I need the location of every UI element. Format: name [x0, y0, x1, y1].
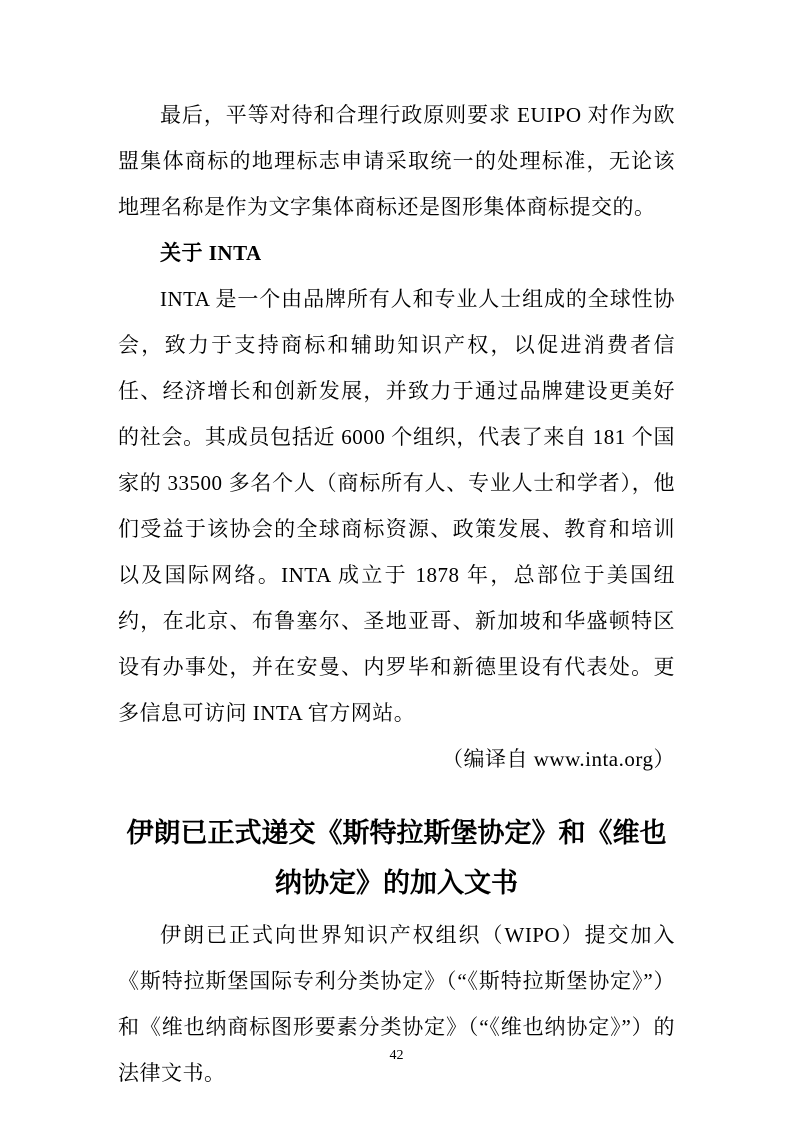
page-number: 42 [0, 1048, 793, 1064]
page-content: 最后，平等对待和合理行政原则要求 EUIPO 对作为欧盟集体商标的地理标志申请采… [118, 92, 675, 1096]
attribution-line: （编译自 www.inta.org） [118, 736, 675, 782]
paragraph-euipo-closing: 最后，平等对待和合理行政原则要求 EUIPO 对作为欧盟集体商标的地理标志申请采… [118, 92, 675, 230]
about-inta-heading: 关于 INTA [118, 230, 675, 276]
article-title-iran: 伊朗已正式递交《斯特拉斯堡协定》和《维也纳协定》的加入文书 [118, 808, 675, 908]
paragraph-about-inta: INTA 是一个由品牌所有人和专业人士组成的全球性协会，致力于支持商标和辅助知识… [118, 276, 675, 736]
document-page: 最后，平等对待和合理行政原则要求 EUIPO 对作为欧盟集体商标的地理标志申请采… [0, 0, 793, 1122]
paragraph-iran-lead: 伊朗已正式向世界知识产权组织（WIPO）提交加入《斯特拉斯堡国际专利分类协定》（… [118, 912, 675, 1096]
